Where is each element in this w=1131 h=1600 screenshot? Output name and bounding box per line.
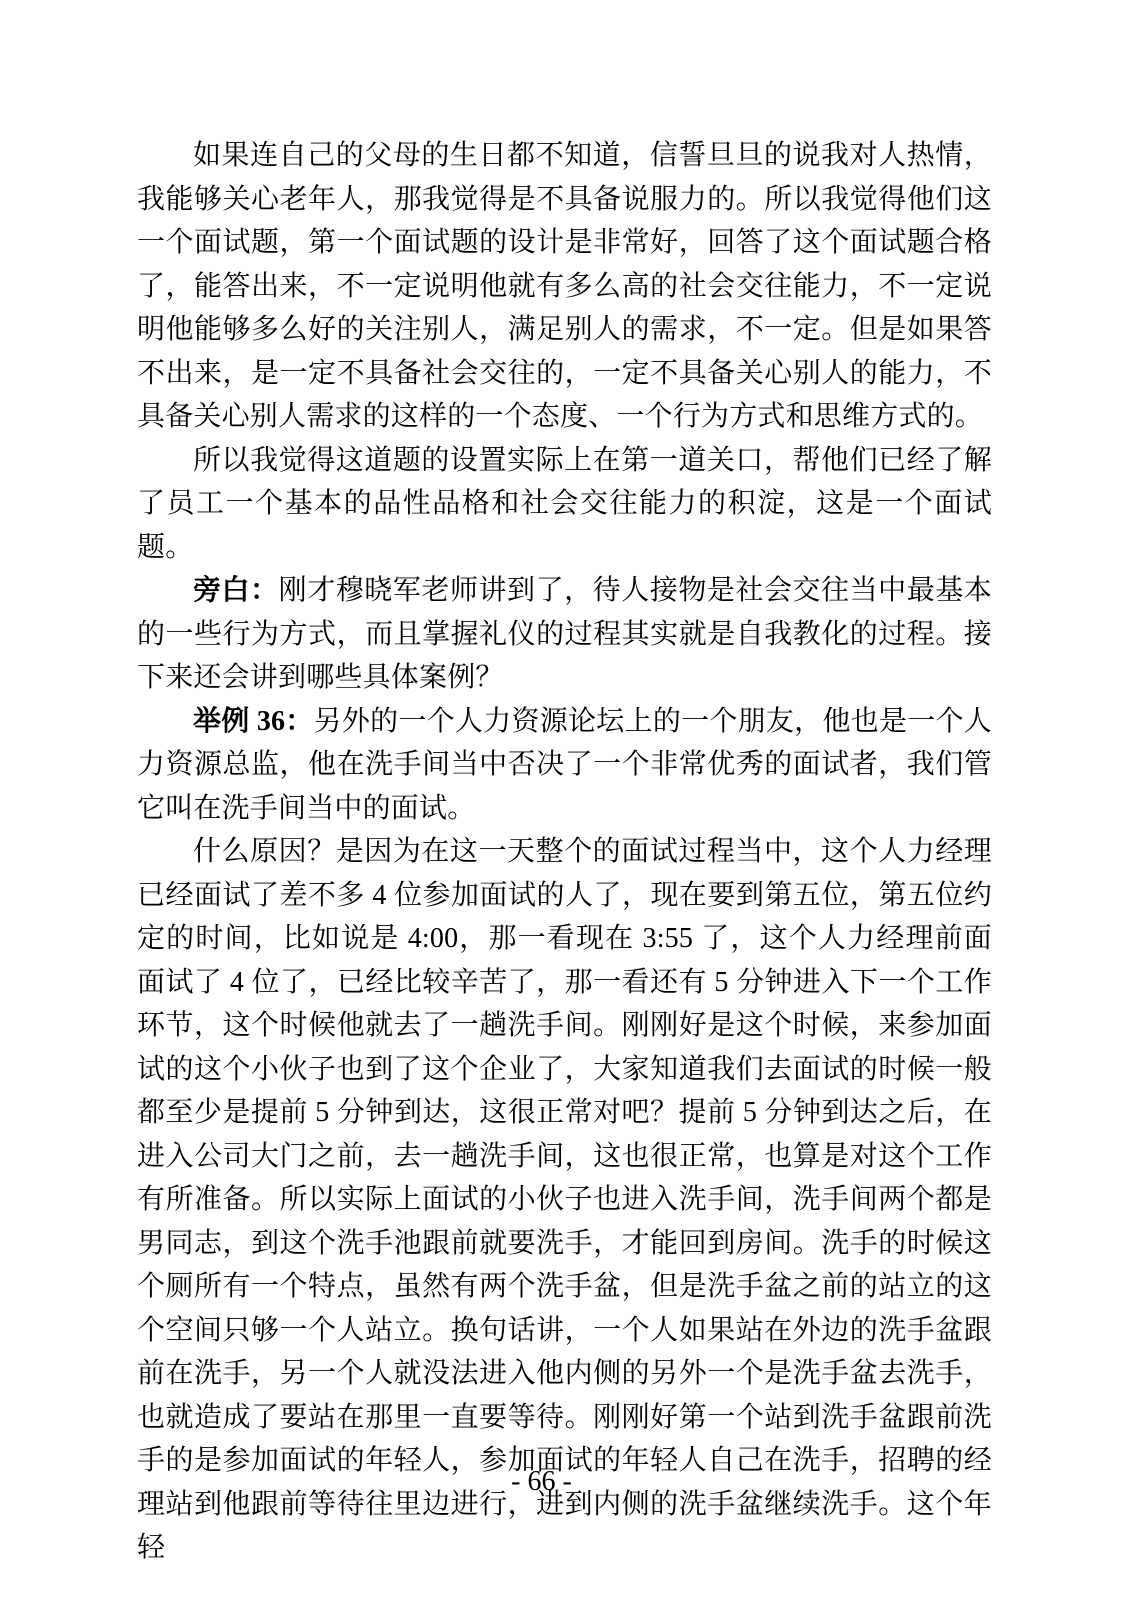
page-number: - 66 - <box>511 1466 572 1497</box>
paragraph: 所以我觉得这道题的设置实际上在第一道关口，帮他们已经了解了员工一个基本的品性品格… <box>137 439 992 570</box>
document-page: 如果连自己的父母的生日都不知道，信誓旦旦的说我对人热情，我能够关心老年人，那我觉… <box>0 0 1131 1600</box>
paragraph: 什么原因？是因为在这一天整个的面试过程当中，这个人力经理已经面试了差不多 4 位… <box>137 830 992 1570</box>
paragraph-text: 什么原因？是因为在这一天整个的面试过程当中，这个人力经理已经面试了差不多 4 位… <box>137 836 992 1563</box>
paragraph-text: 所以我觉得这道题的设置实际上在第一道关口，帮他们已经了解了员工一个基本的品性品格… <box>137 445 992 563</box>
paragraph-lead: 旁白： <box>193 575 279 606</box>
body-text: 如果连自己的父母的生日都不知道，信誓旦旦的说我对人热情，我能够关心老年人，那我觉… <box>137 134 992 1570</box>
paragraph: 如果连自己的父母的生日都不知道，信誓旦旦的说我对人热情，我能够关心老年人，那我觉… <box>137 134 992 439</box>
paragraph-example-36: 举例 36：另外的一个人力资源论坛上的一个朋友，他也是一个人力资源总监，他在洗手… <box>137 700 992 831</box>
paragraph-lead: 举例 36： <box>193 706 314 737</box>
page-footer: - 66 - <box>0 1466 1083 1498</box>
paragraph-narration: 旁白：刚才穆晓军老师讲到了，待人接物是社会交往当中最基本的一些行为方式，而且掌握… <box>137 569 992 700</box>
paragraph-text: 如果连自己的父母的生日都不知道，信誓旦旦的说我对人热情，我能够关心老年人，那我觉… <box>137 140 992 432</box>
